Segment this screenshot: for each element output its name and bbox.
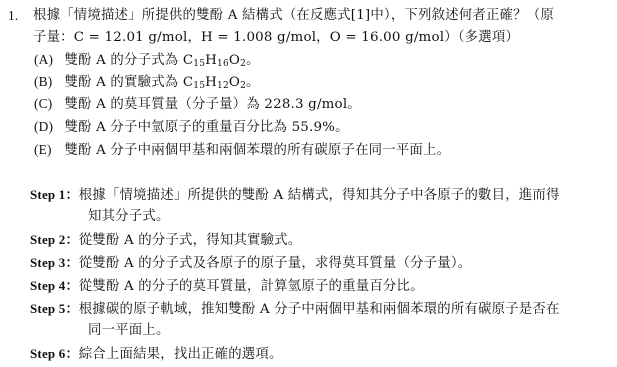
element-symbol: H xyxy=(205,53,217,68)
step-4: Step 4：從雙酚 A 的分子的莫耳質量，計算氫原子的重量百分比。 xyxy=(30,276,424,297)
option-text: 雙酚 A 的莫耳質量（分子量）為 228.3 g/mol。 xyxy=(64,97,360,112)
element-symbol: O xyxy=(229,75,240,90)
subscript: 12 xyxy=(217,81,229,91)
step-label: Step 4： xyxy=(30,278,79,293)
step-1: Step 1：根據「情境描述」所提供的雙酚 A 結構式，得知其分子中各原子的數目… xyxy=(30,185,560,206)
step-6: Step 6：綜合上面結果，找出正確的選項。 xyxy=(30,344,283,365)
question-number: 1. xyxy=(8,6,18,26)
step-text: 綜合上面結果，找出正確的選項。 xyxy=(79,347,283,362)
option-b: (B) 雙酚 A 的實驗式為 C15H12O2。 xyxy=(34,72,260,93)
document-page: 1. 根據「情境描述」所提供的雙酚 A 結構式（在反應式[1]中），下列敘述何者… xyxy=(0,0,617,367)
option-c: (C) 雙酚 A 的莫耳質量（分子量）為 228.3 g/mol。 xyxy=(34,94,361,115)
step-text: 從雙酚 A 的分子式，得知其實驗式。 xyxy=(79,233,302,248)
step-1-continued: 知其分子式。 xyxy=(88,207,170,227)
step-3: Step 3：從雙酚 A 的分子式及各原子的原子量，求得莫耳質量（分子量）。 xyxy=(30,253,471,274)
option-label: (B) xyxy=(34,72,60,92)
option-label: (E) xyxy=(34,140,60,160)
step-text: 從雙酚 A 的分子的莫耳質量，計算氫原子的重量百分比。 xyxy=(79,279,424,294)
option-label: (D) xyxy=(34,117,60,137)
step-text: 根據碳的原子軌域，推知雙酚 A 分子中兩個甲基和兩個苯環的所有碳原子是否在 xyxy=(79,302,560,317)
punctuation: 。 xyxy=(246,75,260,90)
option-d: (D) 雙酚 A 分子中氫原子的重量百分比為 55.9%。 xyxy=(34,117,349,138)
option-label: (C) xyxy=(34,94,60,114)
option-a: (A) 雙酚 A 的分子式為 C15H16O2。 xyxy=(34,50,260,71)
option-e: (E) 雙酚 A 分子中兩個甲基和兩個苯環的所有碳原子在同一平面上。 xyxy=(34,140,450,161)
step-label: Step 5： xyxy=(30,301,79,316)
step-2: Step 2：從雙酚 A 的分子式，得知其實驗式。 xyxy=(30,230,301,251)
step-5-continued: 同一平面上。 xyxy=(88,321,170,341)
question-stem-line2: 子量：C = 12.01 g/mol，H = 1.008 g/mol，O = 1… xyxy=(33,28,519,48)
option-text: 雙酚 A 的實驗式為 C xyxy=(64,75,193,90)
step-text: 從雙酚 A 的分子式及各原子的原子量，求得莫耳質量（分子量）。 xyxy=(79,256,472,271)
punctuation: 。 xyxy=(246,53,260,68)
step-label: Step 2： xyxy=(30,232,79,247)
step-label: Step 1： xyxy=(30,187,79,202)
option-label: (A) xyxy=(34,50,60,70)
option-text: 雙酚 A 的分子式為 C xyxy=(64,53,193,68)
option-text: 雙酚 A 分子中兩個甲基和兩個苯環的所有碳原子在同一平面上。 xyxy=(64,143,450,158)
step-label: Step 6： xyxy=(30,346,79,361)
subscript: 15 xyxy=(193,59,205,69)
option-text: 雙酚 A 分子中氫原子的重量百分比為 55.9%。 xyxy=(64,120,348,135)
step-label: Step 3： xyxy=(30,255,79,270)
step-text: 根據「情境描述」所提供的雙酚 A 結構式，得知其分子中各原子的數目，進而得 xyxy=(79,188,560,203)
question-stem-line1: 根據「情境描述」所提供的雙酚 A 結構式（在反應式[1]中），下列敘述何者正確？… xyxy=(33,6,554,26)
subscript: 15 xyxy=(193,81,205,91)
step-5: Step 5：根據碳的原子軌域，推知雙酚 A 分子中兩個甲基和兩個苯環的所有碳原… xyxy=(30,299,560,320)
subscript: 16 xyxy=(217,59,229,69)
element-symbol: O xyxy=(229,53,240,68)
element-symbol: H xyxy=(205,75,217,90)
